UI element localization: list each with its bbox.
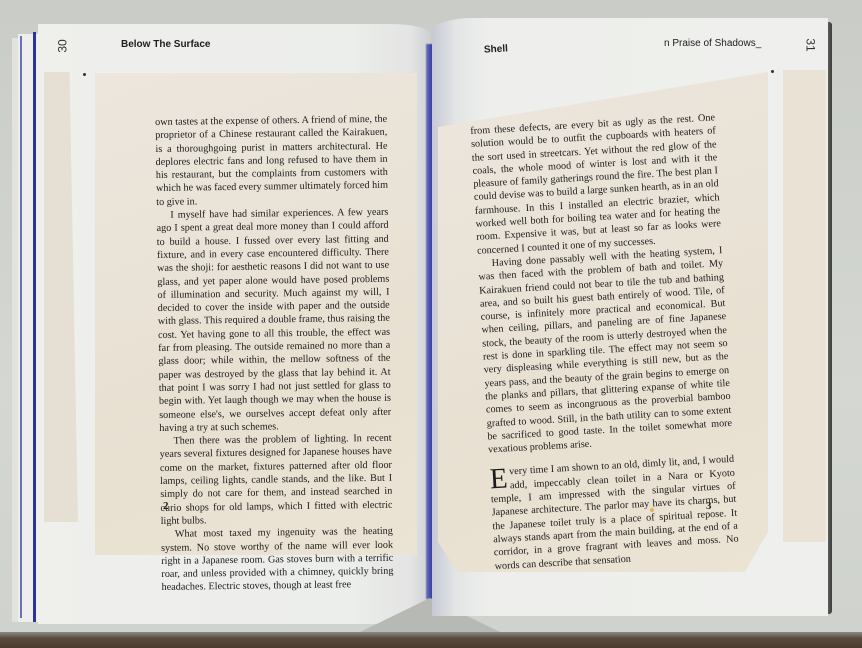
paragraph: What most taxed my ingenuity was the hea… (161, 525, 394, 595)
bottom-shadow (0, 632, 862, 648)
left-scan-text: own tastes at the expense of others. A f… (155, 113, 394, 595)
left-page-number: 30 (56, 39, 70, 52)
drop-cap: E (489, 467, 508, 492)
left-running-head: Below The Surface (121, 39, 210, 50)
left-scan-folio: 2 (163, 500, 169, 512)
blue-page-edge (20, 36, 22, 618)
speck (83, 73, 86, 76)
paragraph-text: very time I am shown to an old, dimly li… (491, 454, 739, 572)
right-running-head-right: n Praise of Shadows_ (664, 38, 761, 49)
paragraph: I myself have had similar experiences. A… (156, 206, 391, 435)
paragraph: own tastes at the expense of others. A f… (155, 113, 388, 209)
paragraph: Having done passably well with the heati… (477, 244, 733, 457)
right-scan-folio: 3 (706, 500, 712, 512)
right-scan-text: from these defects, are every bit as ugl… (470, 111, 740, 573)
dropcap-paragraph: Every time I am shown to an old, dimly l… (489, 453, 740, 573)
speck (771, 70, 774, 73)
paragraph: Then there was the problem of lighting. … (159, 432, 392, 528)
right-page-number: 31 (804, 38, 818, 51)
blue-page-edge (33, 32, 36, 622)
paragraph: from these defects, are every bit as ugl… (470, 111, 722, 257)
adjacent-scan-sliver (783, 70, 826, 542)
right-running-head-left: Shell (484, 43, 508, 55)
